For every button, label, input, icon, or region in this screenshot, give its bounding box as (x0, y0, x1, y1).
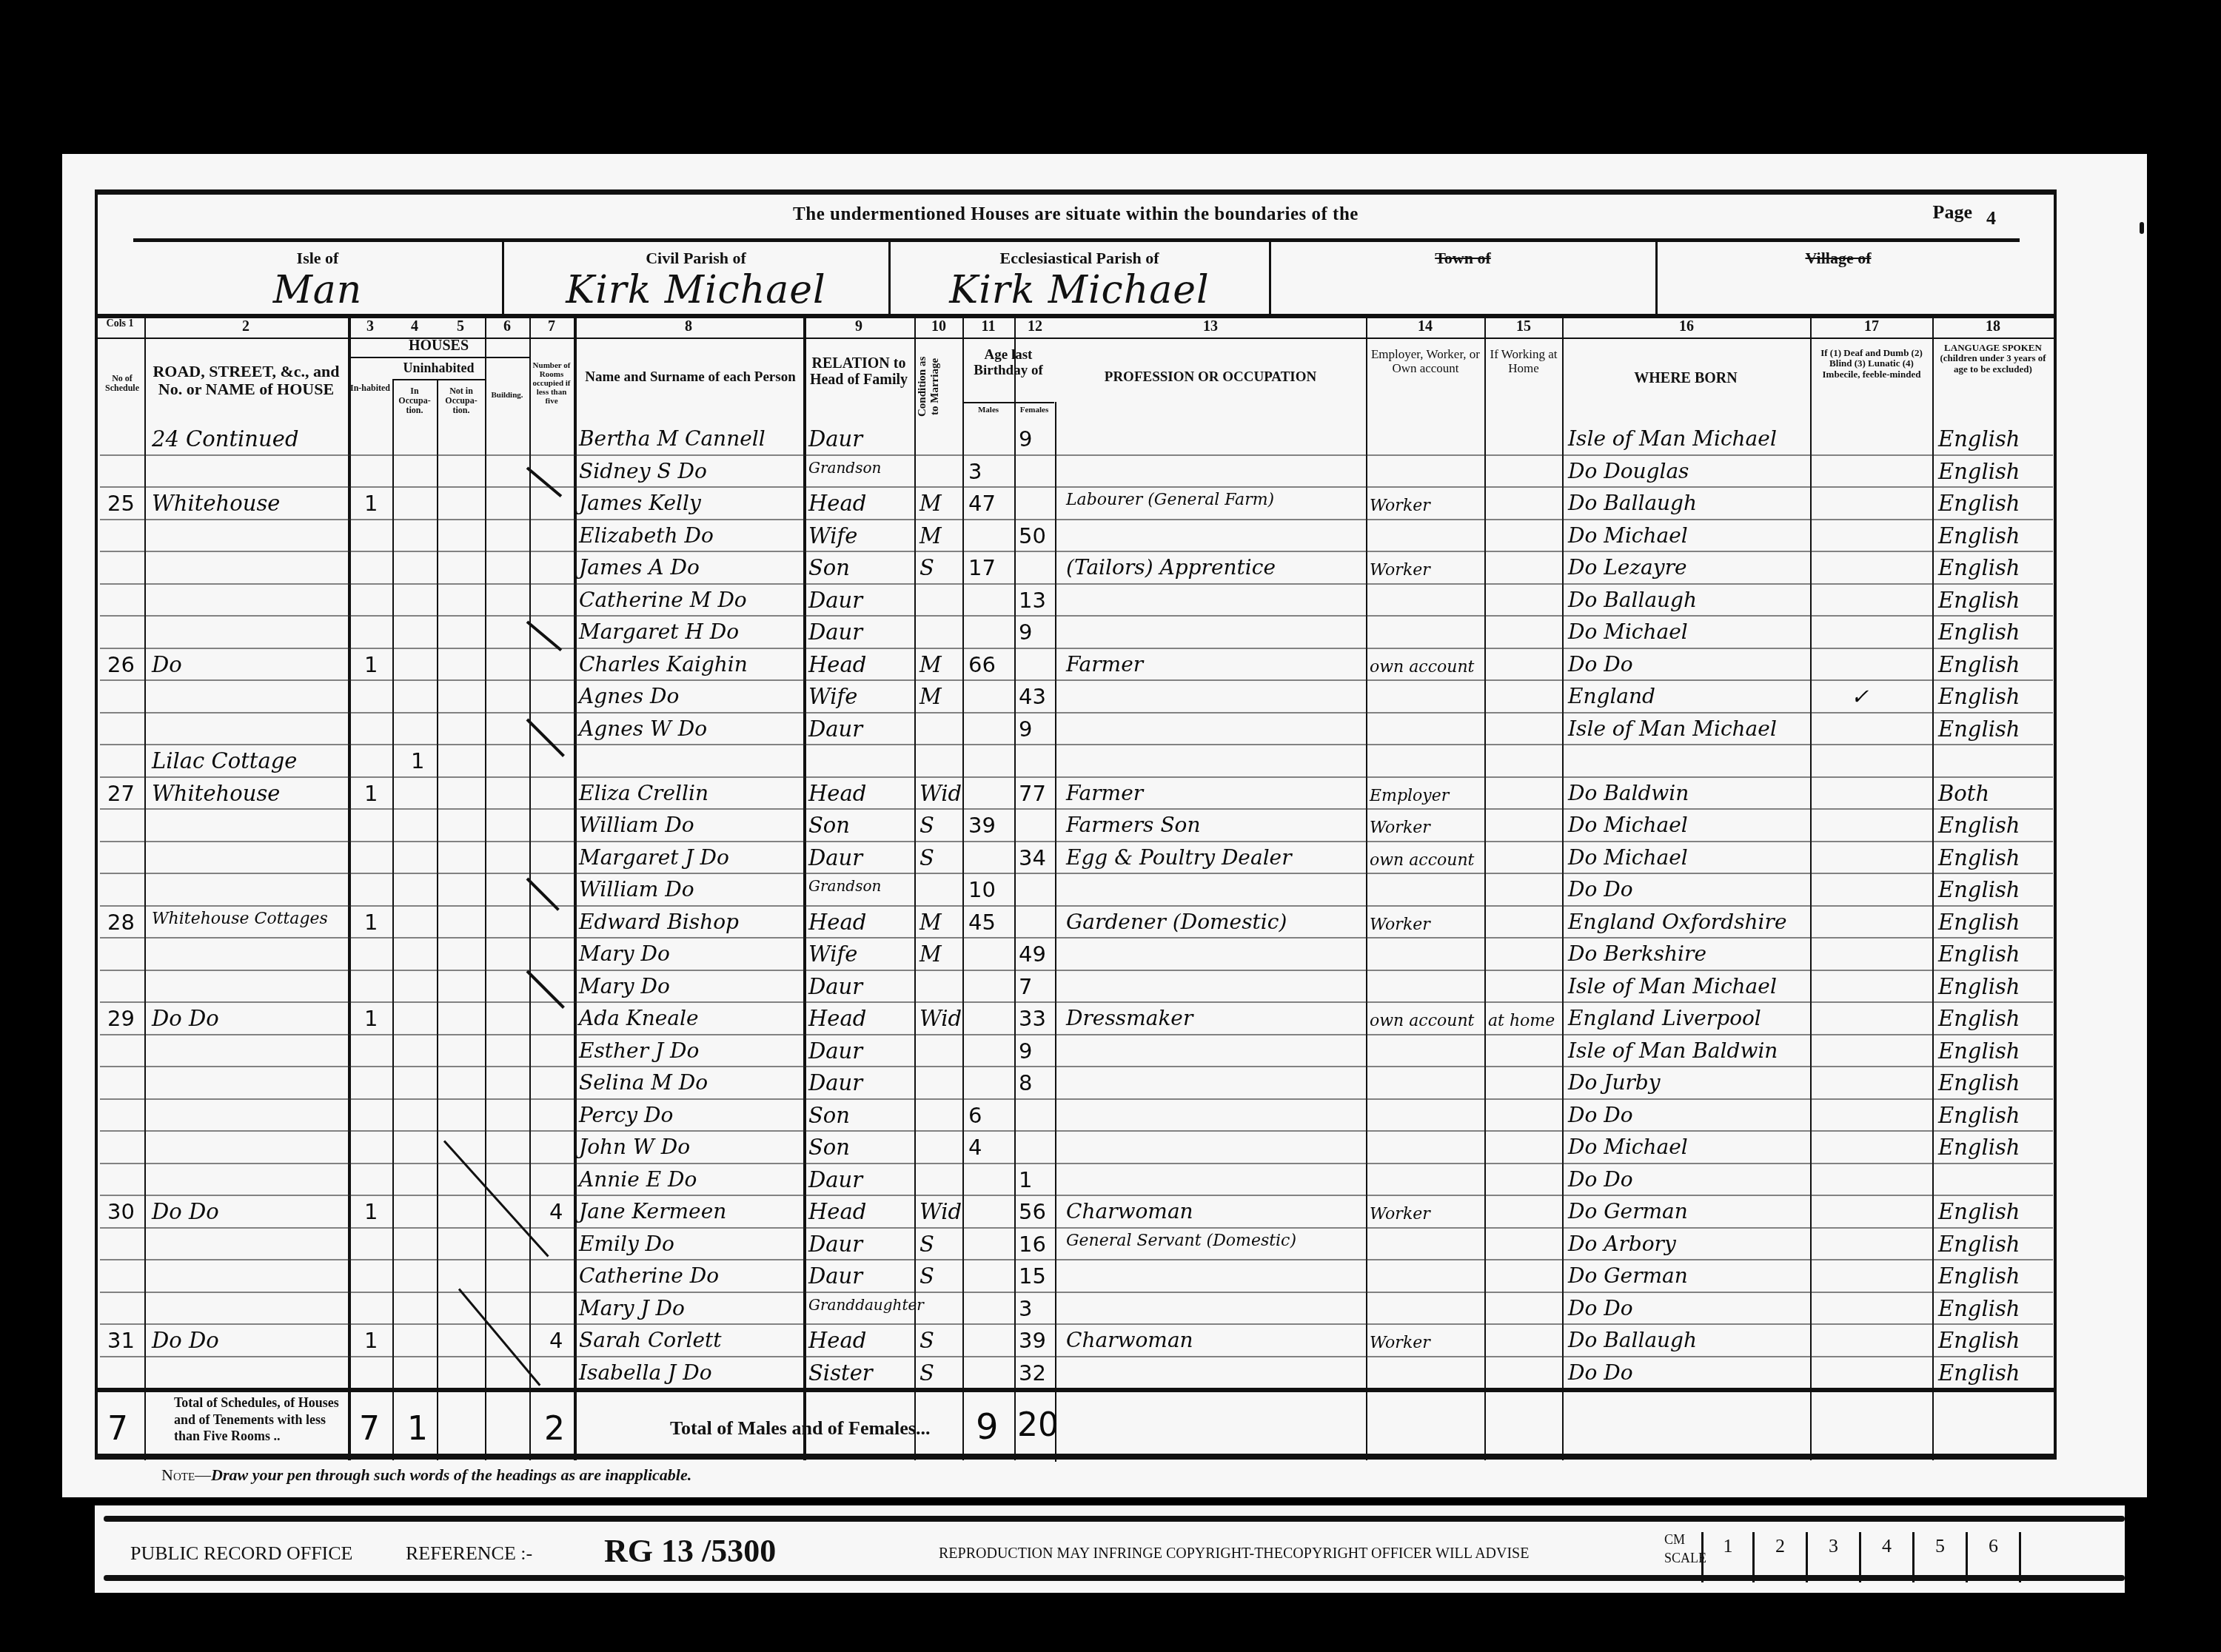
cell-female-age: 56 (1019, 1199, 1046, 1224)
cell-relation: Daur (808, 845, 862, 870)
cell-employer: Worker (1370, 819, 1430, 837)
cell-condition: M (919, 652, 942, 677)
cell-occupation: Farmers Son (1066, 813, 1200, 837)
cell-road: Do (152, 652, 182, 677)
header-employer: Employer, Worker, or Own account (1368, 348, 1483, 375)
cell-language: English (1938, 1360, 2020, 1386)
cell-condition: Wid (919, 1006, 962, 1031)
cell-name: Sidney S Do (579, 459, 707, 483)
cell-infirmity: ✓ (1851, 684, 1869, 709)
cell-relation: Daur (808, 1167, 862, 1192)
cell-born: Do Do (1568, 1296, 1633, 1320)
cell-female-age: 49 (1019, 941, 1046, 967)
column-divider (437, 379, 438, 1460)
header-females: Females (1014, 406, 1054, 414)
cell-language: English (1938, 426, 2020, 451)
cell-born: Do Ballaugh (1568, 491, 1697, 515)
cell-relation: Son (808, 555, 850, 580)
cell-relation: Head (808, 1328, 866, 1353)
column-number: 10 (917, 318, 961, 335)
cell-condition: Wid (919, 1199, 962, 1224)
cell-born: Do Do (1568, 1360, 1633, 1385)
cell-schedule: 30 (107, 1199, 135, 1224)
town-label: Town of (1270, 249, 1655, 268)
cell-male-age: 66 (968, 652, 996, 677)
header-rooms: Number of Rooms occupied if less than fi… (530, 361, 573, 406)
cell-female-age: 77 (1019, 781, 1046, 806)
isle-value: Man (133, 268, 502, 312)
cell-language: English (1938, 588, 2020, 613)
cell-name: Margaret J Do (579, 845, 729, 870)
cell-born: Do Michael (1568, 619, 1688, 644)
parish-civil: Civil Parish of Kirk Michael (503, 241, 888, 315)
column-number: 12 (1013, 318, 1057, 335)
cell-condition: M (919, 523, 942, 548)
column-divider (1932, 317, 1934, 1460)
column-number: 15 (1501, 318, 1546, 335)
column-number: 9 (837, 318, 881, 335)
column-number: 13 (1188, 318, 1233, 335)
cell-condition: S (919, 845, 934, 870)
row-rule (100, 679, 2053, 681)
scale-mark: 1 (1701, 1532, 1755, 1582)
scale-mark: 2 (1755, 1532, 1808, 1582)
cell-name: William Do (579, 813, 694, 837)
cell-name: Eliza Crellin (579, 781, 708, 805)
cell-relation: Son (808, 1135, 850, 1160)
cell-name: Mary Do (579, 974, 670, 998)
cell-male-age: 10 (968, 877, 996, 902)
cell-relation: Daur (808, 1232, 862, 1257)
reference-code: RG 13 /5300 (604, 1532, 776, 1570)
cell-name: Esther J Do (579, 1038, 699, 1063)
row-rule (100, 1163, 2053, 1164)
cell-employer: Worker (1370, 1205, 1430, 1223)
row-rule (100, 1292, 2053, 1293)
column-divider (392, 379, 394, 1460)
header-occupation: PROFESSION OR OCCUPATION (1059, 370, 1362, 386)
cell-born: Do Michael (1568, 813, 1688, 837)
column-number: 16 (1664, 318, 1709, 335)
cell-language: English (1938, 1135, 2020, 1160)
column-number: 8 (666, 318, 711, 335)
column-number: Cols 1 (98, 318, 142, 330)
cell-female-age: 15 (1019, 1263, 1046, 1289)
row-rule (100, 841, 2053, 842)
cell-condition: M (919, 491, 942, 516)
cell-born: Do Arbory (1568, 1232, 1676, 1256)
column-divider (1810, 317, 1812, 1460)
cell-name: Bertha M Cannell (579, 426, 766, 451)
header-infirmity: If (1) Deaf and Dumb (2) Blind (3) Lunat… (1812, 348, 1931, 380)
cell-name: Ada Kneale (579, 1006, 698, 1030)
header-condition: Condition as to Marriage (917, 352, 961, 422)
public-record-office: PUBLIC RECORD OFFICE (130, 1542, 353, 1565)
cell-schedule: 31 (107, 1328, 135, 1353)
cell-born: Do Berkshire (1568, 941, 1706, 966)
cell-female-age: 16 (1019, 1232, 1046, 1257)
cell-relation: Daur (808, 716, 862, 742)
civil-parish-value: Kirk Michael (503, 268, 888, 312)
cell-language: English (1938, 1006, 2020, 1031)
column-divider (1014, 317, 1016, 1460)
column-number: 11 (966, 318, 1011, 335)
eccl-parish-value: Kirk Michael (890, 268, 1269, 312)
cell-born: Do German (1568, 1263, 1688, 1288)
row-rule (100, 1130, 2053, 1132)
cell-born: Do Michael (1568, 523, 1688, 548)
cell-female-age: 9 (1019, 619, 1032, 645)
row-rule (100, 1034, 2053, 1035)
cell-occupation: Gardener (Domestic) (1066, 910, 1287, 934)
cell-employer: Worker (1370, 561, 1430, 580)
cell-language: English (1938, 1070, 2020, 1095)
cell-occupation: (Tailors) Apprentice (1066, 555, 1276, 580)
cell-employer: Worker (1370, 1334, 1430, 1352)
cell-relation: Son (808, 1103, 850, 1128)
cell-condition: S (919, 1232, 934, 1257)
row-rule (100, 1066, 2053, 1067)
cell-female-age: 9 (1019, 716, 1032, 742)
cell-name: Mary J Do (579, 1296, 685, 1320)
row-rule (100, 808, 2053, 810)
cell-name: Elizabeth Do (579, 523, 714, 548)
row-rule (100, 712, 2053, 713)
cell-name: William Do (579, 877, 694, 901)
cell-uninhabited-in: 1 (411, 748, 424, 773)
cell-language: English (1938, 845, 2020, 870)
row-rule (100, 454, 2053, 456)
isle-label: Isle of (133, 249, 502, 268)
cell-name: Isabella J Do (579, 1360, 712, 1385)
cell-name: Percy Do (579, 1103, 673, 1127)
cell-road: Do Do (152, 1328, 219, 1353)
cell-relation: Head (808, 781, 866, 806)
cell-employer: Employer (1370, 787, 1449, 805)
row-rule (100, 551, 2053, 552)
cell-born: Do Do (1568, 1167, 1633, 1192)
cell-language: English (1938, 974, 2020, 999)
row-rule (100, 1195, 2053, 1196)
cell-road: Lilac Cottage (152, 748, 298, 773)
cell-relation: Wife (808, 684, 857, 709)
houses-divider (348, 357, 529, 358)
row-rule (100, 1323, 2053, 1325)
scale-mark: 4 (1861, 1532, 1915, 1582)
page-number: 4 (1986, 207, 1996, 229)
cell-relation: Grandson (808, 877, 881, 895)
column-divider (485, 317, 486, 1460)
row-rule (100, 486, 2053, 488)
cell-language: English (1938, 1103, 2020, 1128)
cell-female-age: 33 (1019, 1006, 1046, 1031)
cell-born: Isle of Man Michael (1568, 716, 1777, 741)
cell-occupation: Farmer (1066, 781, 1143, 805)
cell-condition: S (919, 555, 934, 580)
cell-name: Catherine M Do (579, 588, 747, 612)
header-name: Name and Surname of each Person (585, 370, 796, 386)
cell-name: Mary Do (579, 941, 670, 966)
totals-label: Total of Schedules, of Houses and of Ten… (174, 1394, 344, 1445)
cell-name: Margaret H Do (579, 619, 739, 644)
cell-born: Do Jurby (1568, 1070, 1661, 1095)
cell-relation: Head (808, 491, 866, 516)
cell-inhabited: 1 (364, 910, 378, 935)
column-divider (574, 317, 577, 1460)
cell-female-age: 9 (1019, 426, 1032, 451)
cell-occupation: Dressmaker (1066, 1006, 1193, 1030)
column-divider (144, 317, 146, 1460)
cell-inhabited: 1 (364, 1199, 378, 1224)
cell-condition: S (919, 1263, 934, 1289)
archive-footer-strip: PUBLIC RECORD OFFICE REFERENCE :- RG 13 … (95, 1505, 2125, 1593)
scale-mark: 5 (1915, 1532, 1968, 1582)
cell-born: Do Michael (1568, 1135, 1688, 1159)
cell-male-age: 45 (968, 910, 996, 935)
column-number: 7 (529, 318, 574, 335)
cell-language: English (1938, 1232, 2020, 1257)
cell-inhabited: 1 (364, 491, 378, 516)
cell-language: English (1938, 619, 2020, 645)
column-number: 14 (1403, 318, 1447, 335)
cell-female-age: 43 (1019, 684, 1046, 709)
cm-scale-label: CM SCALE (1664, 1531, 1694, 1568)
parish-village: Village of (1657, 241, 2020, 315)
cell-female-age: 13 (1019, 588, 1046, 613)
strip-top-rule (104, 1516, 2125, 1522)
column-number: 6 (485, 318, 529, 335)
cell-name: Jane Kermeen (579, 1199, 726, 1223)
cell-language: English (1938, 459, 2020, 484)
page-title: The undermentioned Houses are situate wi… (98, 204, 2054, 225)
note-text: Draw your pen through such words of the … (211, 1465, 691, 1484)
cell-born: England Oxfordshire (1568, 910, 1787, 934)
cell-born: Isle of Man Michael (1568, 974, 1777, 998)
cell-condition: S (919, 1328, 934, 1353)
header-uninhabited: Uninhabited (392, 361, 485, 376)
eccl-parish-label: Ecclesiastical Parish of (890, 249, 1269, 268)
header-inhabited: In-habited (349, 383, 391, 393)
cell-relation: Daur (808, 974, 862, 999)
total-tenements: 2 (544, 1410, 565, 1448)
total-females: 20 (1017, 1406, 1059, 1444)
cell-relation: Daur (808, 426, 862, 451)
cell-occupation: Labourer (General Farm) (1066, 491, 1274, 509)
column-divider (348, 317, 351, 1460)
cell-rooms: 4 (549, 1199, 563, 1224)
cell-male-age: 17 (968, 555, 996, 580)
cell-at-home: at home (1488, 1012, 1555, 1030)
cell-born: Isle of Man Baldwin (1568, 1038, 1778, 1063)
cell-name: Agnes Do (579, 684, 679, 708)
cell-schedule: 29 (107, 1006, 135, 1031)
cell-relation: Daur (808, 1038, 862, 1064)
scale-mark: 6 (1968, 1532, 2021, 1582)
reference-label: REFERENCE :- (406, 1542, 532, 1565)
cell-male-age: 47 (968, 491, 996, 516)
village-label: Village of (1657, 249, 2020, 268)
cell-schedule: 27 (107, 781, 135, 806)
cell-condition: Wid (919, 781, 962, 806)
cell-relation: Sister (808, 1360, 873, 1386)
column-number: 18 (1971, 318, 2015, 335)
cell-name: James A Do (579, 555, 700, 580)
column-number: 5 (438, 318, 483, 335)
header-where-born: WHERE BORN (1564, 370, 1808, 386)
cell-name: John W Do (579, 1135, 690, 1159)
cell-name: James Kelly (579, 491, 701, 515)
cell-born: Do Lezayre (1568, 555, 1687, 580)
sex-totals-label: Total of Males and of Females... (670, 1417, 930, 1440)
note-prefix: Note— (161, 1465, 211, 1484)
cell-male-age: 4 (968, 1135, 982, 1160)
total-schedules: 7 (107, 1410, 128, 1448)
cell-road: Do Do (152, 1199, 219, 1224)
cell-language: English (1938, 910, 2020, 935)
header-in-occupation: In Occupa-tion. (394, 386, 435, 416)
row-rule (100, 970, 2053, 971)
cell-name: Sarah Corlett (579, 1328, 722, 1352)
civil-parish-label: Civil Parish of (503, 249, 888, 268)
cell-born: Do Michael (1568, 845, 1688, 870)
column-divider (962, 317, 964, 1460)
header-building: Building. (486, 391, 529, 400)
cell-name: Catherine Do (579, 1263, 719, 1288)
row-rule (100, 744, 2053, 745)
cell-condition: S (919, 813, 934, 838)
column-number: 4 (392, 318, 437, 335)
cell-road: Do Do (152, 1006, 219, 1031)
header-language: LANGUAGE SPOKEN (children under 3 years … (1934, 343, 2052, 375)
row-rule (100, 583, 2053, 585)
age-divider (964, 402, 1054, 403)
cell-born: England (1568, 684, 1655, 708)
cell-language: English (1938, 523, 2020, 548)
row-rule (100, 1227, 2053, 1229)
cell-male-age: 3 (968, 459, 982, 484)
header-relation: RELATION to Head of Family (807, 355, 911, 388)
header-age: Age last Birthday of (964, 348, 1053, 379)
cell-relation: Wife (808, 523, 857, 548)
cell-language: English (1938, 1328, 2020, 1353)
cell-female-age: 7 (1019, 974, 1032, 999)
cell-relation: Son (808, 813, 850, 838)
cell-relation: Daur (808, 619, 862, 645)
cell-condition: M (919, 910, 942, 935)
cell-male-age: 39 (968, 813, 996, 838)
cell-language: English (1938, 684, 2020, 709)
header-road: ROAD, STREET, &c., and No. or NAME of HO… (148, 363, 344, 398)
cell-born: Do Do (1568, 877, 1633, 901)
cell-employer: Worker (1370, 916, 1430, 934)
cell-condition: M (919, 941, 942, 967)
row-rule (100, 519, 2053, 520)
uninhabited-divider (392, 379, 485, 380)
total-males: 9 (976, 1406, 999, 1448)
copyright-notice: REPRODUCTION MAY INFRINGE COPYRIGHT-THEC… (939, 1545, 1529, 1562)
cell-relation: Wife (808, 941, 857, 967)
cell-employer: own account (1370, 658, 1474, 676)
cell-relation: Head (808, 652, 866, 677)
cell-name: Selina M Do (579, 1070, 708, 1095)
cell-name: Charles Kaighin (579, 652, 748, 676)
cell-language: English (1938, 491, 2020, 516)
cell-language: English (1938, 941, 2020, 967)
cell-employer: own account (1370, 1012, 1474, 1030)
cell-condition: M (919, 684, 942, 709)
column-divider (1055, 402, 1056, 1462)
cell-language: English (1938, 652, 2020, 677)
cell-born: Isle of Man Michael (1568, 426, 1777, 451)
cell-female-age: 50 (1019, 523, 1046, 548)
total-uninhabited: 1 (407, 1410, 428, 1448)
cell-born: Do Douglas (1568, 459, 1689, 483)
cell-relation: Head (808, 1006, 866, 1031)
cell-schedule: 25 (107, 491, 135, 516)
cell-relation: Granddaughter (808, 1296, 924, 1314)
cell-occupation: Charwoman (1066, 1328, 1193, 1352)
cell-occupation: Charwoman (1066, 1199, 1193, 1223)
parish-town: Town of (1270, 241, 1655, 315)
row-rule (100, 873, 2053, 874)
row-rule (100, 905, 2053, 907)
total-inhabited: 7 (359, 1410, 380, 1448)
cell-road: Whitehouse (152, 491, 280, 516)
scale-mark: 3 (1808, 1532, 1861, 1582)
column-number: 17 (1849, 318, 1894, 335)
cell-female-age: 32 (1019, 1360, 1046, 1386)
cell-road: Whitehouse (152, 781, 280, 806)
cell-inhabited: 1 (364, 1006, 378, 1031)
cell-relation: Head (808, 910, 866, 935)
column-divider (1484, 317, 1486, 1460)
cell-female-age: 3 (1019, 1296, 1032, 1321)
cell-relation: Daur (808, 1263, 862, 1289)
cell-language: English (1938, 813, 2020, 838)
cell-language: English (1938, 555, 2020, 580)
cell-language: English (1938, 1199, 2020, 1224)
cell-condition: S (919, 1360, 934, 1386)
cell-rooms: 4 (549, 1328, 563, 1353)
cell-name: Agnes W Do (579, 716, 707, 741)
row-rule (100, 776, 2053, 778)
cell-road: Whitehouse Cottages (152, 910, 328, 928)
cell-relation: Daur (808, 588, 862, 613)
footnote: Note—Draw your pen through such words of… (161, 1465, 691, 1485)
cell-male-age: 6 (968, 1103, 982, 1128)
cell-language: English (1938, 716, 2020, 742)
cell-language: English (1938, 1038, 2020, 1064)
cell-born: England Liverpool (1568, 1006, 1761, 1030)
cell-language: English (1938, 877, 2020, 902)
row-rule (100, 1001, 2053, 1003)
header-schedule: No of Schedule (101, 374, 144, 393)
cell-name: Annie E Do (579, 1167, 697, 1192)
column-divider (1366, 317, 1367, 1460)
cell-inhabited: 1 (364, 781, 378, 806)
cell-road: 24 Continued (152, 426, 298, 451)
cell-female-age: 8 (1019, 1070, 1032, 1095)
row-rule (100, 1259, 2053, 1260)
parish-isle: Isle of Man (133, 241, 502, 315)
totals-divider (98, 1388, 2054, 1392)
cell-employer: Worker (1370, 497, 1430, 515)
header-not-in-occupation: Not in Occupa-tion. (438, 386, 484, 416)
cell-relation: Grandson (808, 459, 881, 477)
cell-relation: Head (808, 1199, 866, 1224)
cell-female-age: 9 (1019, 1038, 1032, 1064)
header-houses: HOUSES (348, 338, 529, 354)
